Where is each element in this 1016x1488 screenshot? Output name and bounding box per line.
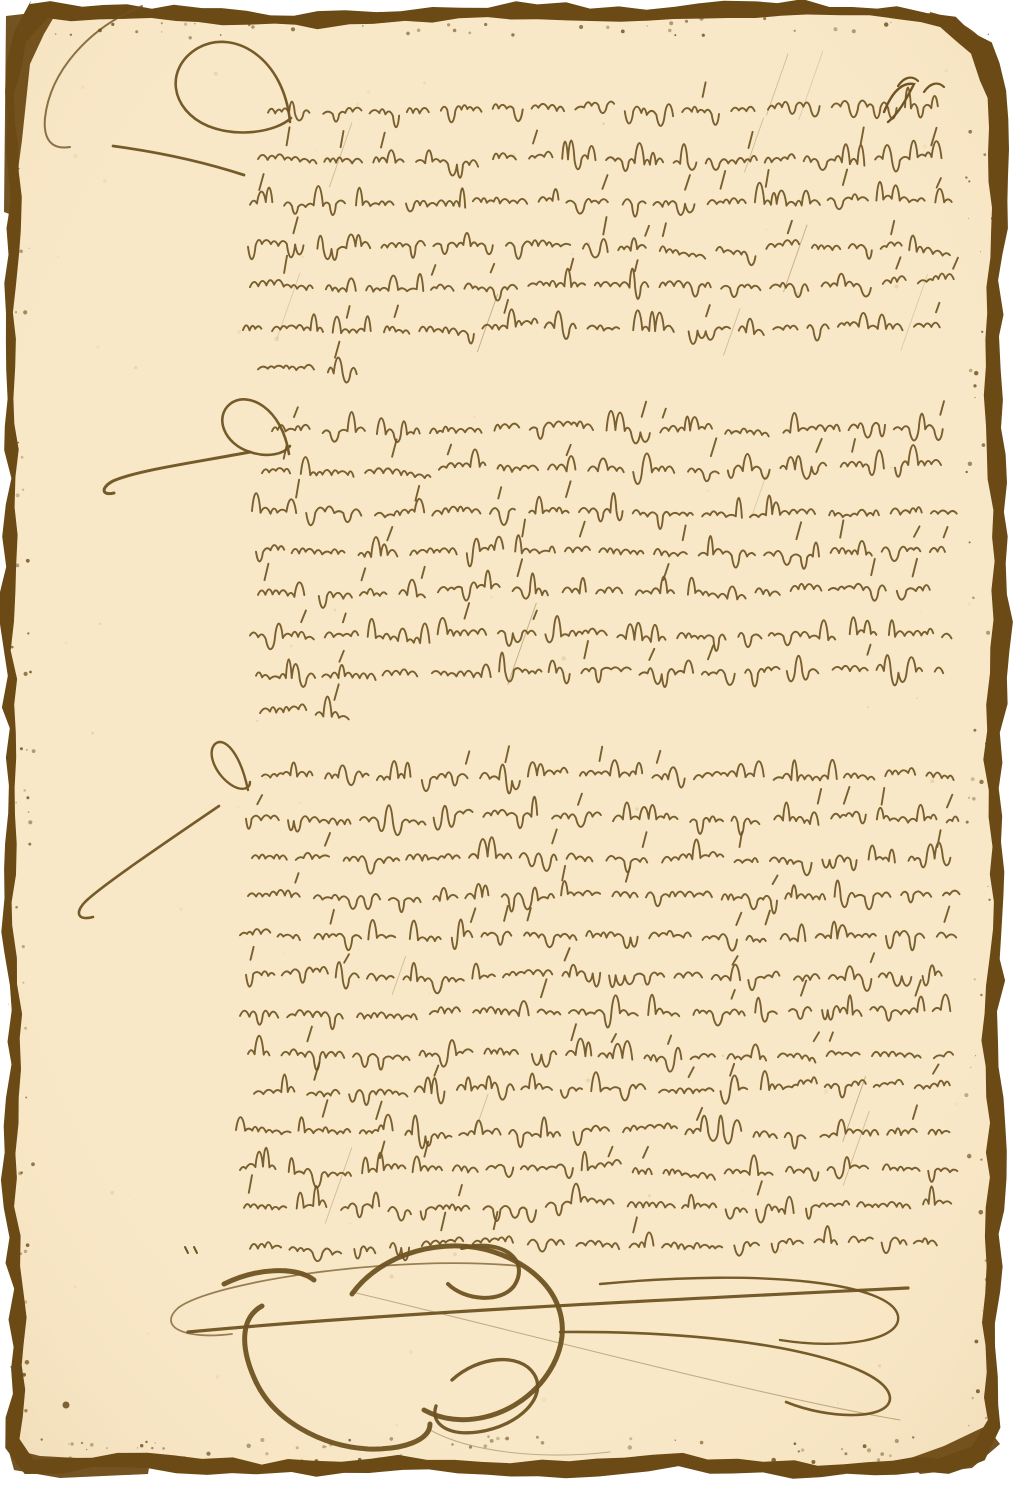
ink-blot [63, 1402, 70, 1409]
manuscript-scan [0, 0, 1016, 1488]
manuscript-page [0, 0, 1016, 1488]
